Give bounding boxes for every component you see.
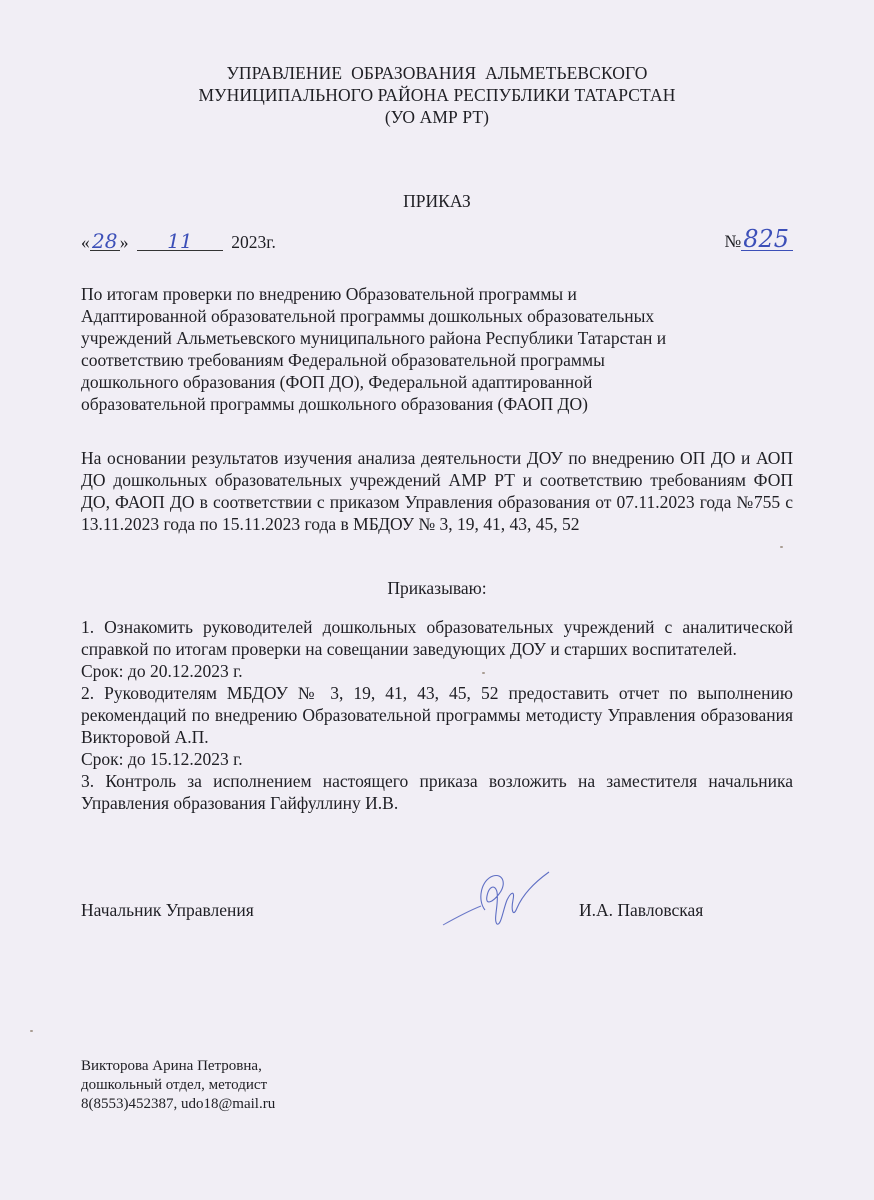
- signatory-name: И.А. Павловская: [579, 900, 703, 921]
- document-title: ПРИКАЗ: [0, 191, 874, 212]
- handwritten-month: 11: [137, 232, 223, 251]
- header-line-1: УПРАВЛЕНИЕ ОБРАЗОВАНИЯ АЛЬМЕТЬЕВСКОГО: [0, 62, 874, 84]
- open-quote: «: [81, 232, 90, 252]
- order-item-2-deadline: Срок: до 15.12.2023 г.: [81, 748, 793, 770]
- subject-line: Адаптированной образовательной программы…: [81, 305, 781, 327]
- contact-phone-email: 8(8553)452387, udo18@mail.ru: [81, 1095, 275, 1114]
- order-year: 2023г.: [231, 232, 276, 252]
- paper-speck: [780, 546, 783, 548]
- order-subject: По итогам проверки по внедрению Образова…: [81, 283, 781, 415]
- order-basis-paragraph: На основании результатов изучения анализ…: [81, 447, 793, 535]
- number-sign: №: [724, 231, 741, 251]
- subject-line: дошкольного образования (ФОП ДО), Федера…: [81, 371, 781, 393]
- close-quote: »: [120, 232, 129, 252]
- subject-line: образовательной программы дошкольного об…: [81, 393, 781, 415]
- handwritten-number: 825: [741, 228, 793, 251]
- subject-line: По итогам проверки по внедрению Образова…: [81, 283, 781, 305]
- header-line-2: МУНИЦИПАЛЬНОГО РАЙОНА РЕСПУБЛИКИ ТАТАРСТ…: [0, 84, 874, 106]
- paper-speck: [30, 1030, 33, 1032]
- subject-line: соответствию требованиям Федеральной обр…: [81, 349, 781, 371]
- handwritten-day: 28: [90, 232, 120, 251]
- document-page: УПРАВЛЕНИЕ ОБРАЗОВАНИЯ АЛЬМЕТЬЕВСКОГО МУ…: [0, 0, 874, 1200]
- contact-department: дошкольный отдел, методист: [81, 1076, 275, 1095]
- order-item-1-deadline: Срок: до 20.12.2023 г.: [81, 660, 793, 682]
- signatory-role: Начальник Управления: [81, 900, 254, 921]
- subject-line: учреждений Альметьевского муниципального…: [81, 327, 781, 349]
- date-and-number-line: «28» 11 2023г. №825: [81, 228, 793, 256]
- order-number: №825: [724, 228, 793, 252]
- contact-name: Викторова Арина Петровна,: [81, 1057, 275, 1076]
- order-item-3: 3. Контроль за исполнением настоящего пр…: [81, 770, 793, 814]
- handwritten-signature-icon: [441, 870, 551, 930]
- order-item-1: 1. Ознакомить руководителей дошкольных о…: [81, 616, 793, 660]
- order-item-2: 2. Руководителям МБДОУ № 3, 19, 41, 43, …: [81, 682, 793, 748]
- order-directive-word: Приказываю:: [0, 578, 874, 599]
- order-date: «28» 11 2023г.: [81, 232, 276, 253]
- executor-contact: Викторова Арина Петровна, дошкольный отд…: [81, 1057, 275, 1114]
- header-line-3: (УО АМР РТ): [0, 106, 874, 128]
- paper-speck: [482, 672, 485, 674]
- organization-header: УПРАВЛЕНИЕ ОБРАЗОВАНИЯ АЛЬМЕТЬЕВСКОГО МУ…: [0, 62, 874, 128]
- signature-block: Начальник Управления И.А. Павловская: [81, 896, 793, 926]
- order-items-list: 1. Ознакомить руководителей дошкольных о…: [81, 616, 793, 814]
